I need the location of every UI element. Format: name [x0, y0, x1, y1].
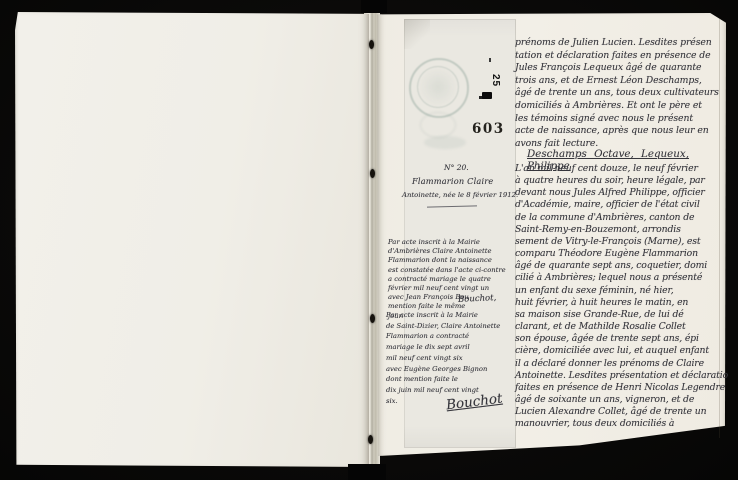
child-name-line2: Antoinette, née le 8 février 1912.	[402, 191, 518, 199]
child-name-line1: Flammarion Claire	[412, 176, 493, 186]
folio-number: 603	[472, 121, 505, 137]
marginal-mention-1: Par acte inscrit à la Mairied'Ambrières …	[388, 238, 516, 321]
birth-act-text: L'an mil neuf cent douze, le neuf févrie…	[515, 163, 733, 430]
ink-blot	[482, 92, 492, 99]
ink-tick-mark	[489, 58, 491, 62]
stitch-hole	[369, 40, 374, 49]
stitch-hole	[370, 169, 375, 178]
faint-stamp-smudge	[424, 136, 466, 149]
gutter-crease	[371, 12, 373, 467]
left-page-blank	[15, 12, 369, 467]
marginal-mention-1-signature: Bouchot,	[458, 293, 497, 305]
binding-tab-bottom	[348, 464, 386, 480]
vertical-number-stamp: 25	[475, 74, 501, 88]
faint-stamp-trace	[420, 112, 456, 138]
stitch-hole	[370, 314, 375, 323]
previous-act-closing-text: prénoms de Julien Lucien. Lesdites prése…	[515, 37, 731, 150]
act-number: N° 20.	[444, 163, 469, 172]
inset-corner-shadow	[404, 19, 430, 49]
register-scan: 25 603 N° 20. Flammarion Claire Antoinet…	[0, 0, 738, 480]
faint-round-stamp-inner-ring	[417, 66, 459, 108]
stitch-hole	[368, 435, 373, 444]
binding-tab-top	[361, 0, 387, 13]
